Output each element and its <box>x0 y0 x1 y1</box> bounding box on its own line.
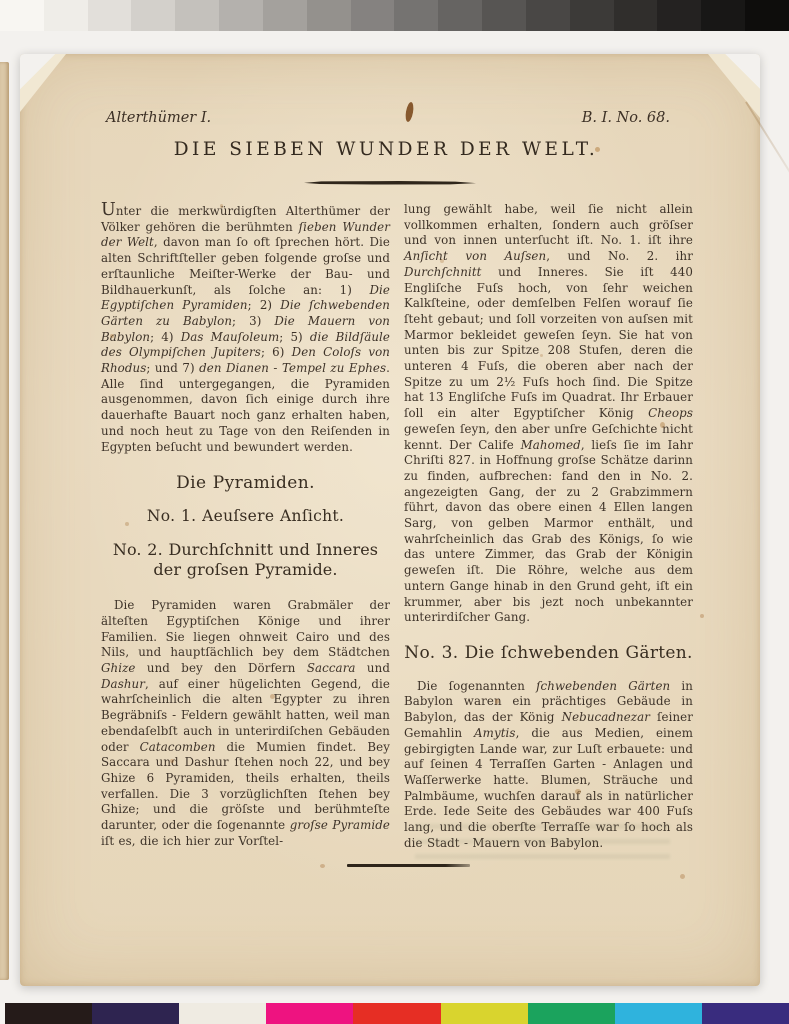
stain-spot <box>700 614 704 618</box>
text-columns: Unter die merkwürdigſten Alterthümer der… <box>101 202 693 867</box>
grayscale-step <box>131 0 175 31</box>
grayscale-step <box>307 0 351 31</box>
grayscale-step <box>614 0 658 31</box>
grayscale-step <box>44 0 88 31</box>
adjacent-page-edge <box>0 62 9 980</box>
scanned-page: Alterthümer I. B. I. No. 68. DIE SIEBEN … <box>20 54 760 986</box>
title-divider <box>304 181 476 185</box>
right-column: lung gewählt habe, weil ſie nicht allein… <box>404 202 693 867</box>
color-patch <box>92 1003 179 1024</box>
article-end-rule <box>347 864 470 867</box>
grayscale-step <box>526 0 570 31</box>
color-calibration-bar <box>0 1003 789 1024</box>
corner-fold-icon <box>20 54 66 112</box>
page-title: DIE SIEBEN WUNDER DER WELT. <box>20 139 752 160</box>
grayscale-step <box>701 0 745 31</box>
grayscale-step <box>657 0 701 31</box>
left-column: Unter die merkwürdigſten Alterthümer der… <box>101 202 390 867</box>
no2-heading: No. 2. Durchſchnitt und Inneres der groſ… <box>101 540 390 582</box>
grayscale-step <box>438 0 482 31</box>
grayscale-calibration-bar <box>0 0 789 31</box>
series-label: Alterthümer I. <box>106 110 211 126</box>
grayscale-step <box>219 0 263 31</box>
grayscale-step <box>175 0 219 31</box>
grayscale-step <box>394 0 438 31</box>
pyramids-paragraph: Die Pyramiden waren Grabmäler der älteſt… <box>101 598 390 849</box>
corner-fold-icon <box>708 54 760 118</box>
masthead: Alterthümer I. B. I. No. 68. <box>106 110 670 126</box>
no2-heading-line2: der groſsen Pyramide. <box>153 560 337 579</box>
color-patch <box>5 1003 92 1024</box>
no2-heading-line1: No. 2. Durchſchnitt und Inneres <box>113 540 378 559</box>
color-patch <box>528 1003 615 1024</box>
color-patch <box>615 1003 702 1024</box>
color-patch <box>702 1003 789 1024</box>
grayscale-step <box>0 0 44 31</box>
no1-heading: No. 1. Aeuſsere Anſicht. <box>101 509 390 525</box>
grayscale-step <box>88 0 132 31</box>
continuation-paragraph: lung gewählt habe, weil ſie nicht allein… <box>404 202 693 626</box>
grayscale-step <box>351 0 395 31</box>
color-patch <box>353 1003 440 1024</box>
stain-spot <box>680 874 685 879</box>
grayscale-step <box>570 0 614 31</box>
grayscale-step <box>745 0 789 31</box>
grayscale-step <box>263 0 307 31</box>
no3-heading: No. 3. Die ſchwebenden Gärten. <box>404 646 693 662</box>
color-patch <box>266 1003 353 1024</box>
gardens-paragraph: Die ſogenannten ſchwebenden Gärten in Ba… <box>404 679 693 852</box>
color-patch <box>179 1003 266 1024</box>
plate-number: B. I. No. 68. <box>582 110 670 126</box>
pyramids-heading: Die Pyramiden. <box>101 476 390 492</box>
color-patch <box>441 1003 528 1024</box>
intro-paragraph: Unter die merkwürdigſten Alterthümer der… <box>101 202 390 455</box>
grayscale-step <box>482 0 526 31</box>
